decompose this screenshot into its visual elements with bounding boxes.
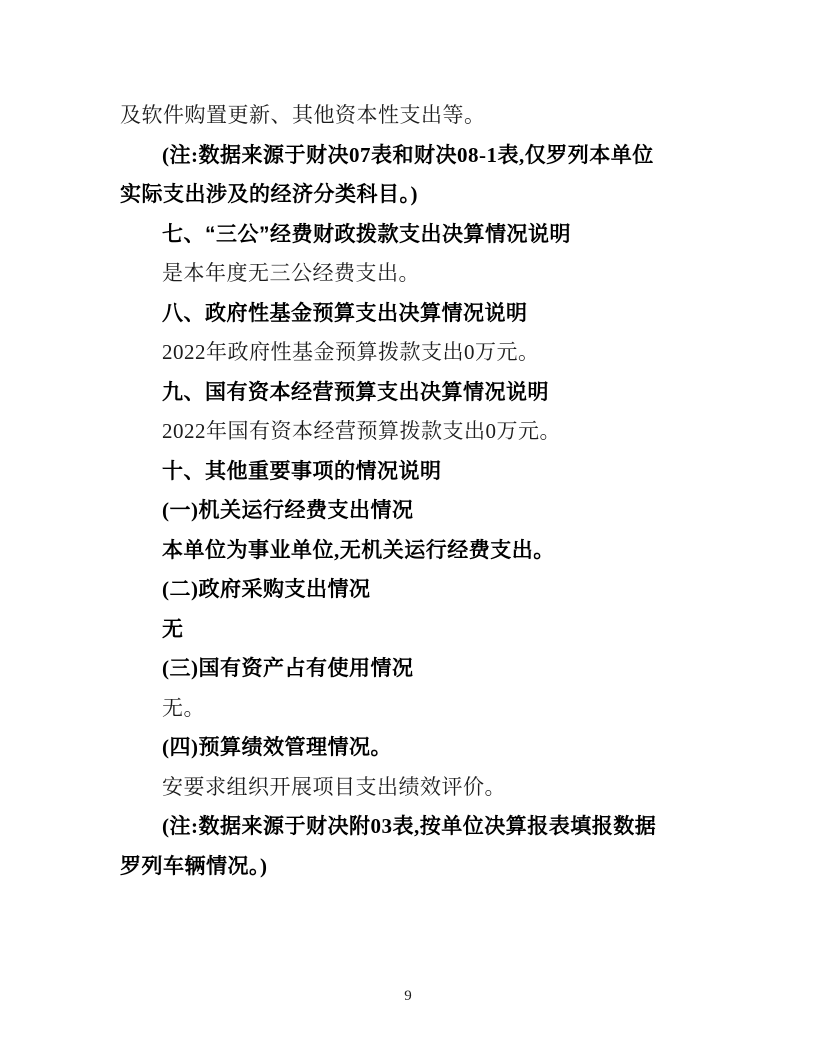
text-line: (注:数据来源于财决附03表,按单位决算报表填报数据	[120, 807, 696, 847]
text-line: 十、其他重要事项的情况说明	[120, 452, 696, 492]
text-line: 九、国有资本经营预算支出决算情况说明	[120, 373, 696, 413]
text-line: 是本年度无三公经费支出。	[120, 254, 696, 294]
text-line: 八、政府性基金预算支出决算情况说明	[120, 294, 696, 334]
text-line: (三)国有资产占有使用情况	[120, 649, 696, 689]
text-line: (四)预算绩效管理情况。	[120, 728, 696, 768]
text-line: (注:数据来源于财决07表和财决08-1表,仅罗列本单位	[120, 136, 696, 176]
text-line: (二)政府采购支出情况	[120, 570, 696, 610]
text-line: 无。	[120, 689, 696, 729]
text-line: 实际支出涉及的经济分类科目。)	[120, 175, 696, 215]
text-line: 本单位为事业单位,无机关运行经费支出。	[120, 531, 696, 571]
document-lines: 及软件购置更新、其他资本性支出等。(注:数据来源于财决07表和财决08-1表,仅…	[120, 96, 696, 886]
text-line: 2022年政府性基金预算拨款支出0万元。	[120, 333, 696, 373]
document-page: 及软件购置更新、其他资本性支出等。(注:数据来源于财决07表和财决08-1表,仅…	[0, 0, 816, 1056]
page-number: 9	[0, 988, 816, 1005]
text-line: 无	[120, 610, 696, 650]
text-line: 罗列车辆情况。)	[120, 847, 696, 887]
text-line: 及软件购置更新、其他资本性支出等。	[120, 96, 696, 136]
text-line: 安要求组织开展项目支出绩效评价。	[120, 768, 696, 808]
text-line: (一)机关运行经费支出情况	[120, 491, 696, 531]
text-line: 2022年国有资本经营预算拨款支出0万元。	[120, 412, 696, 452]
text-line: 七、“三公”经费财政拨款支出决算情况说明	[120, 215, 696, 255]
